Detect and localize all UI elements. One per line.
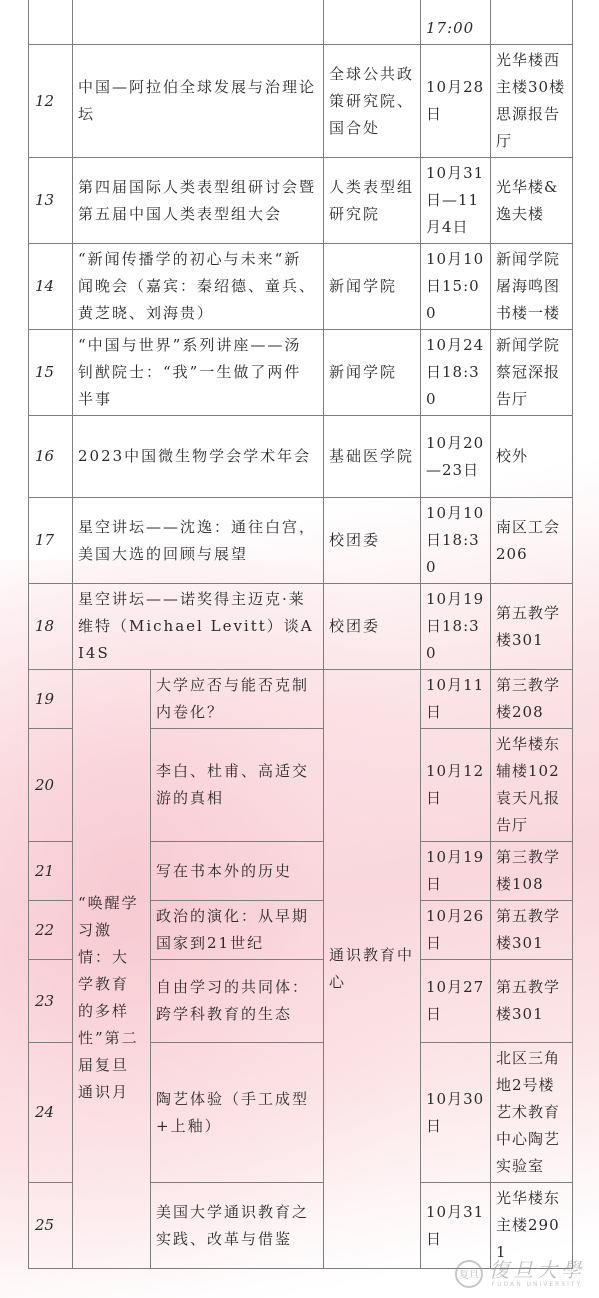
event-location: 新闻学院屠海鸣图书楼一楼 — [491, 244, 573, 330]
row-number: 15 — [29, 330, 73, 416]
event-title: 第四届国际人类表型组研讨会暨第五届中国人类表型组大会 — [73, 158, 324, 244]
event-title: 李白、杜甫、高适交游的真相 — [151, 729, 324, 842]
row-number: 19 — [29, 670, 73, 729]
table-row-partial: 17:00 — [29, 0, 573, 45]
logo-name-en: FUDAN UNIVERSITY — [492, 1281, 582, 1288]
event-dept: 人类表型组研究院 — [324, 158, 421, 244]
event-location: 南区工会206 — [491, 498, 573, 584]
event-dept: 新闻学院 — [324, 244, 421, 330]
row-number: 17 — [29, 498, 73, 584]
event-dept: 全球公共政策研究院、国合处 — [324, 45, 421, 158]
event-location: 光华楼西主楼30楼思源报告厅 — [491, 45, 573, 158]
event-title: 2023中国微生物学会学术年会 — [73, 416, 324, 498]
event-dept: 通识教育中心 — [324, 670, 421, 1269]
event-location: 第五教学楼301 — [491, 901, 573, 960]
event-date: 10月10日15:00 — [421, 244, 491, 330]
date-cell: 17:00 — [421, 0, 491, 45]
table-row: 19 “唤醒学习激情：大学教育的多样性”第二届复旦通识月 大学应否与能否克制内卷… — [29, 670, 573, 729]
event-dept: 基础医学院 — [324, 416, 421, 498]
event-date: 10月28日 — [421, 45, 491, 158]
event-location: 校外 — [491, 416, 573, 498]
events-table: 17:00 12 中国—阿拉伯全球发展与治理论坛 全球公共政策研究院、国合处 1… — [28, 0, 573, 1269]
event-date: 10月12日 — [421, 729, 491, 842]
row-number: 21 — [29, 842, 73, 901]
event-title: 大学应否与能否克制内卷化？ — [151, 670, 324, 729]
event-location: 光华楼东辅楼102袁天凡报告厅 — [491, 729, 573, 842]
event-dept: 校团委 — [324, 498, 421, 584]
event-dept: 新闻学院 — [324, 330, 421, 416]
event-title: 星空讲坛——诺奖得主迈克·莱维特（Michael Levitt）谈AI4S — [73, 584, 324, 670]
row-number: 25 — [29, 1183, 73, 1269]
event-location: 第五教学楼301 — [491, 584, 573, 670]
event-location: 第五教学楼301 — [491, 960, 573, 1043]
table-row: 16 2023中国微生物学会学术年会 基础医学院 10月20—23日 校外 — [29, 416, 573, 498]
seal-icon: 复旦 — [455, 1260, 483, 1288]
event-title: 自由学习的共同体：跨学科教育的生态 — [151, 960, 324, 1043]
event-date: 10月20—23日 — [421, 416, 491, 498]
event-date: 10月27日 — [421, 960, 491, 1043]
event-dept: 校团委 — [324, 584, 421, 670]
event-location: 新闻学院蔡冠深报告厅 — [491, 330, 573, 416]
row-number: 23 — [29, 960, 73, 1043]
event-location: 北区三角地2号楼艺术教育中心陶艺实验室 — [491, 1043, 573, 1183]
row-number: 13 — [29, 158, 73, 244]
num-cell — [29, 0, 73, 45]
event-title: 星空讲坛——沈逸：通往白宫，美国大选的回顾与展望 — [73, 498, 324, 584]
event-date: 10月30日 — [421, 1043, 491, 1183]
table-row: 18 星空讲坛——诺奖得主迈克·莱维特（Michael Levitt）谈AI4S… — [29, 584, 573, 670]
event-date: 10月10日18:30 — [421, 498, 491, 584]
event-location: 第三教学楼108 — [491, 842, 573, 901]
table-row: 12 中国—阿拉伯全球发展与治理论坛 全球公共政策研究院、国合处 10月28日 … — [29, 45, 573, 158]
event-date: 10月31日—11月4日 — [421, 158, 491, 244]
event-title: 政治的演化：从早期国家到21世纪 — [151, 901, 324, 960]
row-number: 12 — [29, 45, 73, 158]
event-title: 陶艺体验（手工成型+上釉） — [151, 1043, 324, 1183]
row-number: 18 — [29, 584, 73, 670]
dept-cell — [324, 0, 421, 45]
event-location: 光华楼东主楼2901 — [491, 1183, 573, 1269]
event-title: “中国与世界”系列讲座——汤钊猷院士：“我”一生做了两件半事 — [73, 330, 324, 416]
table-row: 13 第四届国际人类表型组研讨会暨第五届中国人类表型组大会 人类表型组研究院 1… — [29, 158, 573, 244]
event-location: 第三教学楼208 — [491, 670, 573, 729]
row-number: 24 — [29, 1043, 73, 1183]
event-date: 10月26日 — [421, 901, 491, 960]
loc-cell — [491, 0, 573, 45]
table-row: 17 星空讲坛——沈逸：通往白宫，美国大选的回顾与展望 校团委 10月10日18… — [29, 498, 573, 584]
row-number: 16 — [29, 416, 73, 498]
event-title: 中国—阿拉伯全球发展与治理论坛 — [73, 45, 324, 158]
event-date: 10月19日 — [421, 842, 491, 901]
table-row: 15 “中国与世界”系列讲座——汤钊猷院士：“我”一生做了两件半事 新闻学院 1… — [29, 330, 573, 416]
university-logo: 复旦 復旦大學 FUDAN UNIVERSITY — [455, 1259, 585, 1288]
event-date: 10月19日18:30 — [421, 584, 491, 670]
event-date: 10月24日18:30 — [421, 330, 491, 416]
row-number: 20 — [29, 729, 73, 842]
logo-name-cn: 復旦大學 — [489, 1259, 585, 1281]
table-row: 14 “新闻传播学的初心与未来“新闻晚会（嘉宾：秦绍德、童兵、黄芝晓、刘海贵） … — [29, 244, 573, 330]
event-date: 10月31日 — [421, 1183, 491, 1269]
row-number: 22 — [29, 901, 73, 960]
event-location: 光华楼&逸夫楼 — [491, 158, 573, 244]
event-date: 10月11日 — [421, 670, 491, 729]
title-cell — [73, 0, 324, 45]
row-number: 14 — [29, 244, 73, 330]
event-title: “新闻传播学的初心与未来“新闻晚会（嘉宾：秦绍德、童兵、黄芝晓、刘海贵） — [73, 244, 324, 330]
event-title: 写在书本外的历史 — [151, 842, 324, 901]
series-name: “唤醒学习激情：大学教育的多样性”第二届复旦通识月 — [73, 670, 151, 1269]
event-title: 美国大学通识教育之实践、改革与借鉴 — [151, 1183, 324, 1269]
